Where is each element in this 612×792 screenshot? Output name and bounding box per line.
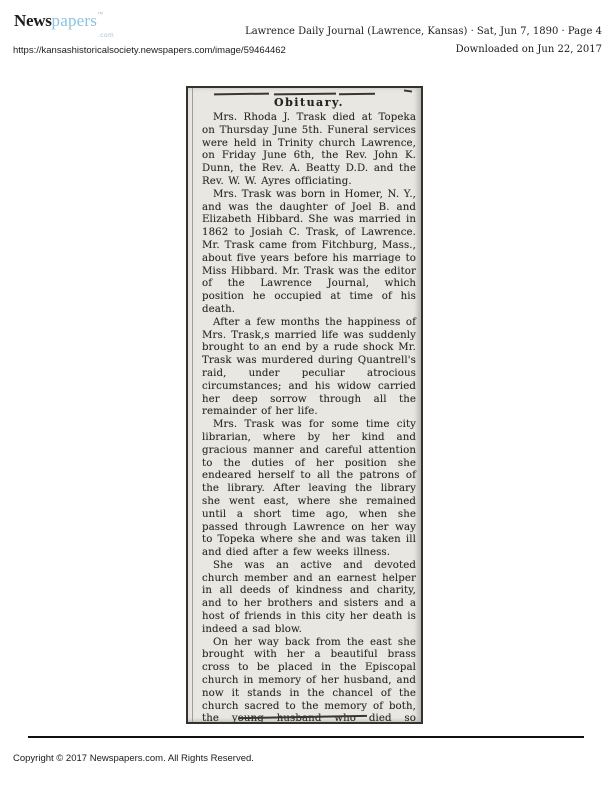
footer-divider — [28, 736, 584, 738]
logo-com-text: .com — [98, 32, 114, 39]
obituary-paragraph: On her way back from the east she brough… — [202, 637, 416, 724]
trademark-symbol: ™ — [97, 12, 103, 18]
corner-mark — [404, 89, 412, 92]
clipping-citation: Lawrence Daily Journal (Lawrence, Kansas… — [245, 23, 602, 59]
obituary-paragraph: She was an active and devoted church mem… — [202, 560, 416, 637]
top-dash-rule — [214, 93, 269, 96]
obituary-paragraph: Mrs. Trask was for some time city librar… — [202, 419, 416, 560]
clipping-url: https://kansashistoricalsociety.newspape… — [13, 45, 286, 56]
obituary-paragraph: After a few months the happiness of Mrs.… — [202, 317, 416, 419]
obituary-body: Mrs. Rhoda J. Trask died at Topeka on Th… — [202, 112, 416, 724]
source-line: Lawrence Daily Journal (Lawrence, Kansas… — [245, 23, 602, 41]
logo-news-text: News — [14, 11, 52, 30]
newspaper-clipping-image: Obituary. Mrs. Rhoda J. Trask died at To… — [186, 86, 423, 724]
top-dash-rule — [339, 93, 375, 96]
obituary-paragraph: Mrs. Trask was born in Homer, N. Y., and… — [202, 189, 416, 317]
newspapers-logo: Newspapers™ .com — [14, 11, 103, 39]
obituary-title: Obituary. — [202, 96, 416, 109]
copyright-notice: Copyright © 2017 Newspapers.com. All Rig… — [13, 753, 254, 764]
downloaded-line: Downloaded on Jun 22, 2017 — [245, 41, 602, 59]
obituary-article: Obituary. Mrs. Rhoda J. Trask died at To… — [202, 96, 416, 724]
obituary-paragraph: Mrs. Rhoda J. Trask died at Topeka on Th… — [202, 112, 416, 189]
logo-papers-text: papers — [52, 11, 98, 30]
top-dash-rule — [274, 93, 336, 96]
column-rule — [192, 88, 193, 722]
